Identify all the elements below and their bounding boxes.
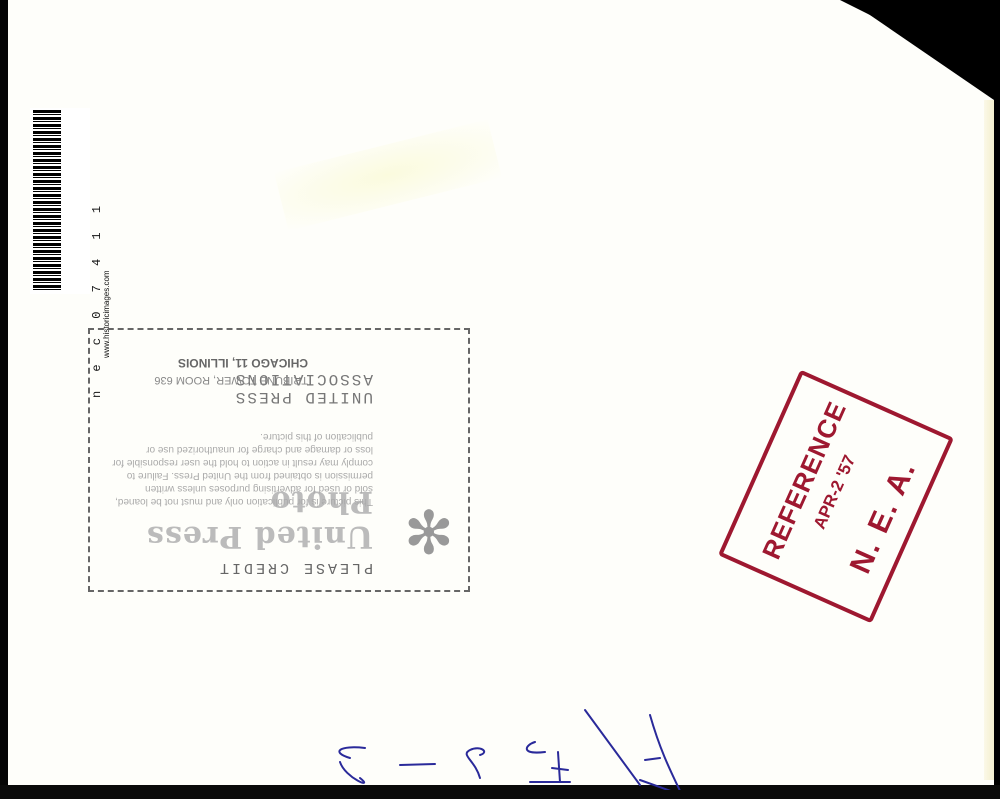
credit-notice: This picture is for publication only and…: [103, 430, 373, 508]
credit-address-line1: TRIBUNE TOWER, ROOM 636: [154, 374, 308, 386]
credit-stamp: PLEASE CREDIT ✻ United Press Photo This …: [88, 328, 470, 592]
barcode-icon: [33, 110, 61, 292]
barcode-label: n e c 0 7 4 1 1 www.historicimages.com: [30, 108, 90, 294]
handwritten-note: #56-5: [320, 690, 700, 790]
scanner-edge-left: [0, 0, 8, 799]
paper-edge-right: [984, 100, 994, 780]
credit-heading: PLEASE CREDIT: [217, 559, 373, 576]
credit-address-line2: CHICAGO 11, ILLINOIS: [178, 356, 308, 370]
handwriting-strokes-icon: [320, 690, 700, 790]
asterisk-logo-icon: ✻: [404, 500, 454, 560]
paper-stain: [274, 119, 502, 230]
